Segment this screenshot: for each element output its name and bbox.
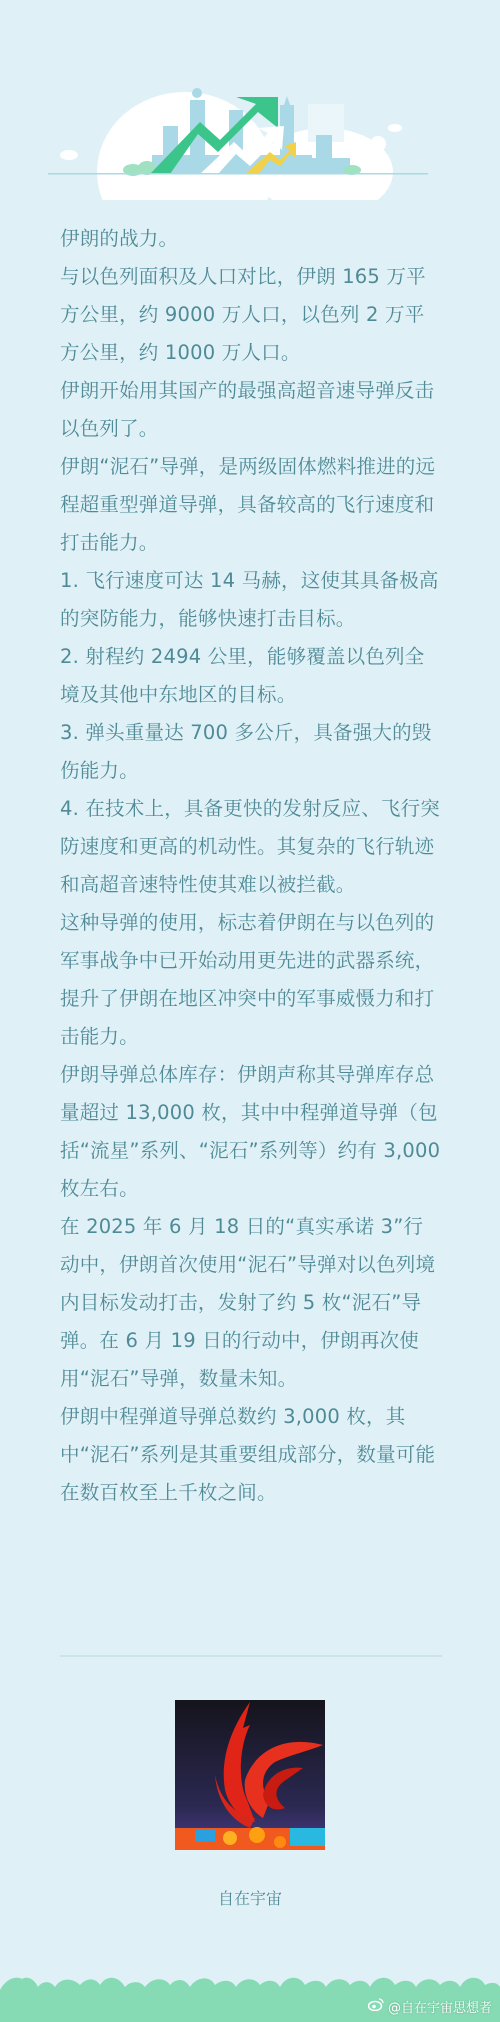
article-paragraph: 1. 飞行速度可达 14 马赫，这使其具备极高的突防能力，能够快速打击目标。 <box>60 562 442 638</box>
watermark-text: @自在宇宙思想者 <box>388 1997 492 2016</box>
article-paragraph: 与以色列面积及人口对比，伊朗 165 万平方公里，约 9000 万人口，以色列 … <box>60 258 442 372</box>
article-paragraph: 伊朗的战力。 <box>60 220 442 258</box>
weibo-icon <box>368 1998 384 2015</box>
article-paragraph: 这种导弹的使用，标志着伊朗在与以色列的军事战争中已开始动用更先进的武器系统，提升… <box>60 904 442 1056</box>
section-divider <box>60 1655 442 1657</box>
article-paragraph: 伊朗导弹总体库存：伊朗声称其导弹库存总量超过 13,000 枚，其中中程弹道导弹… <box>60 1056 442 1208</box>
rising-arrows-illustration <box>0 0 500 200</box>
red-sculpture-image <box>175 1700 325 1850</box>
weibo-watermark: @自在宇宙思想者 <box>368 1997 492 2016</box>
article-paragraph: 2. 射程约 2494 公里，能够覆盖以色列全境及其他中东地区的目标。 <box>60 638 442 714</box>
article-paragraph: 4. 在技术上，具备更快的发射反应、飞行突防速度和更高的机动性。其复杂的飞行轨迹… <box>60 790 442 904</box>
footer-grass: @自在宇宙思想者 <box>0 1975 500 2022</box>
article-paragraph: 伊朗开始用其国产的最强高超音速导弹反击以色列了。 <box>60 372 442 448</box>
article-paragraph: 伊朗“泥石”导弹，是两级固体燃料推进的远程超重型弹道导弹，具备较高的飞行速度和打… <box>60 448 442 562</box>
article-paragraph: 3. 弹头重量达 700 多公斤，具备强大的毁伤能力。 <box>60 714 442 790</box>
header-banner <box>0 0 500 200</box>
author-photo[interactable] <box>175 1700 325 1850</box>
article-paragraph: 在 2025 年 6 月 18 日的“真实承诺 3”行动中，伊朗首次使用“泥石”… <box>60 1208 442 1398</box>
article-paragraph: 伊朗中程弹道导弹总数约 3,000 枚，其中“泥石”系列是其重要组成部分，数量可… <box>60 1398 442 1512</box>
article-body: 伊朗的战力。 与以色列面积及人口对比，伊朗 165 万平方公里，约 9000 万… <box>60 220 442 1512</box>
author-name[interactable]: 自在宇宙 <box>0 1886 500 1909</box>
